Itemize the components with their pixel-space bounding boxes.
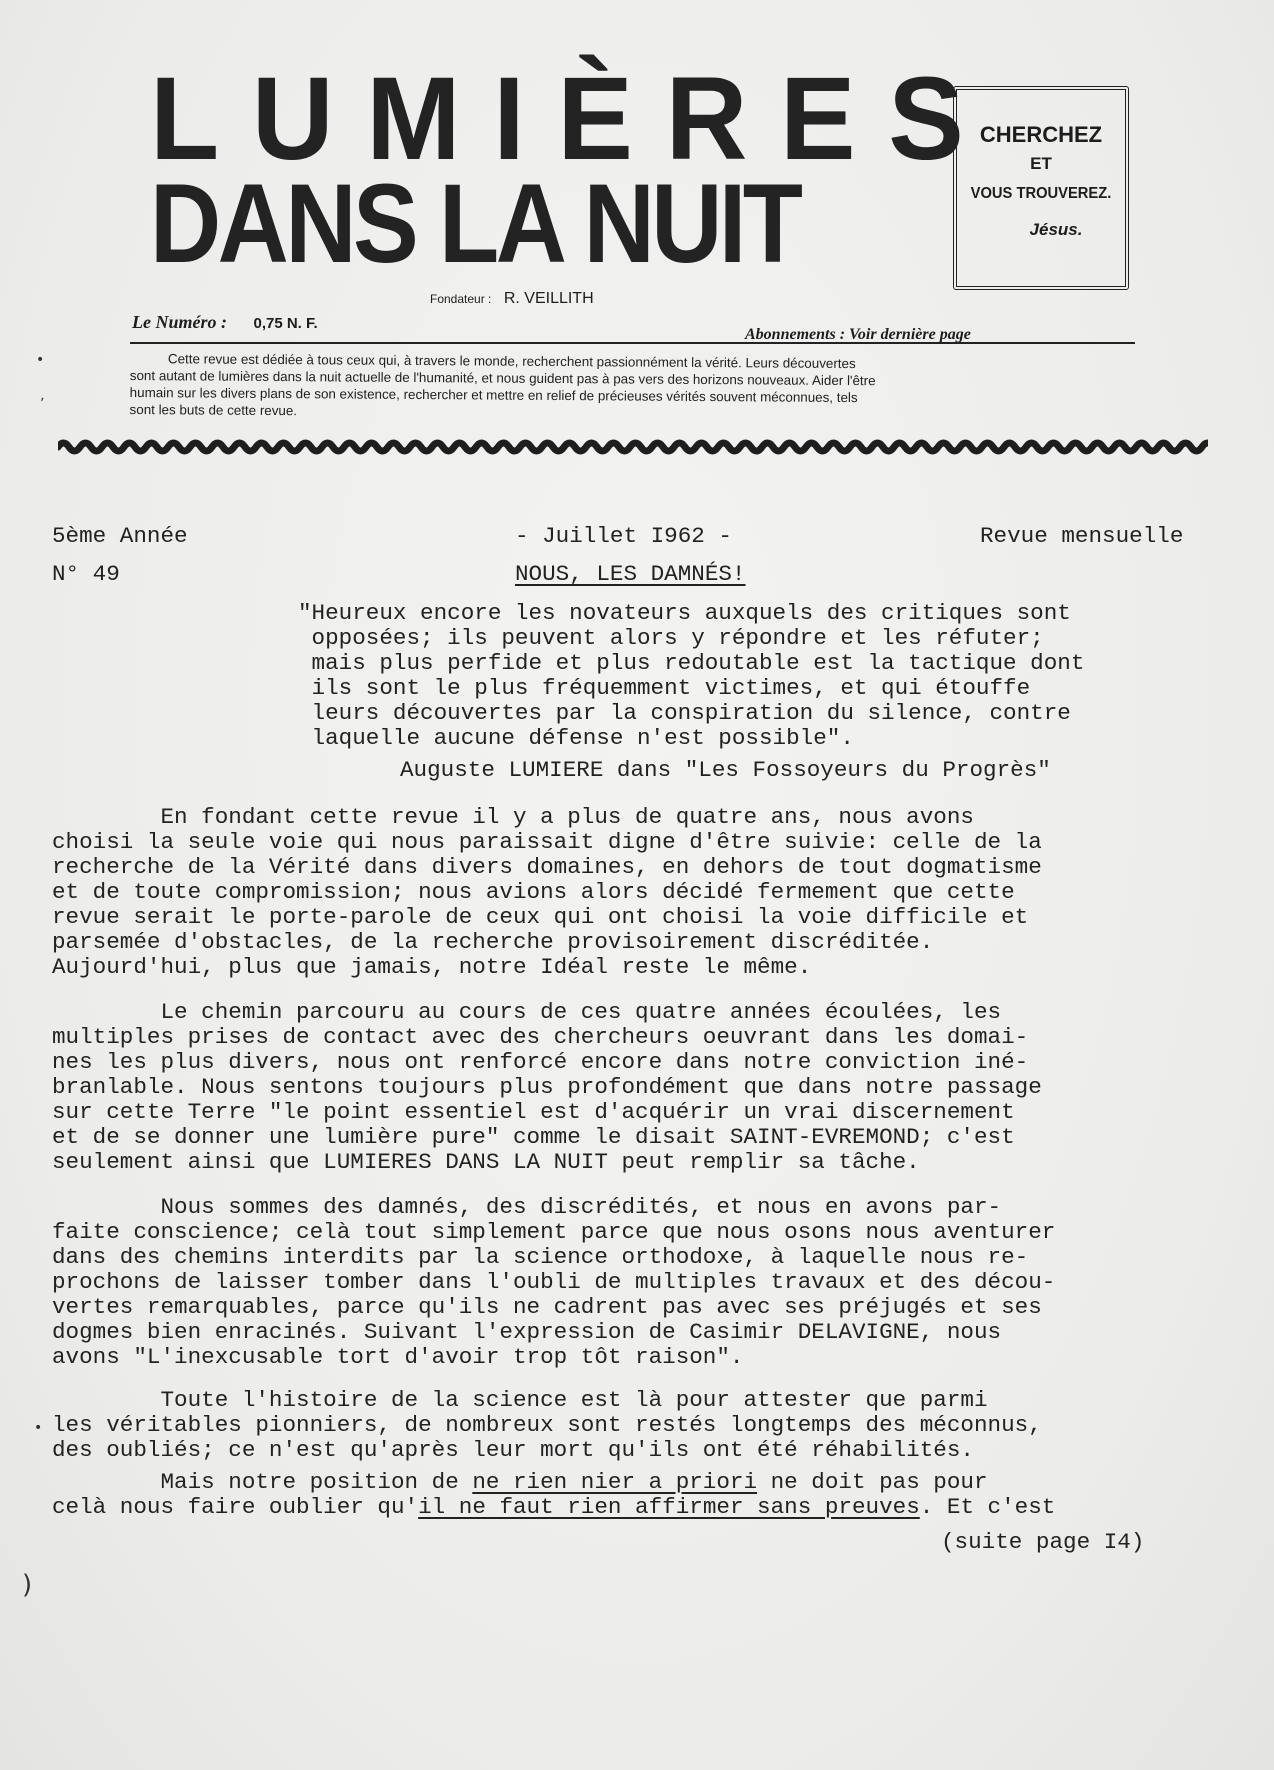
motto-line3: VOUS TROUVEREZ. <box>964 185 1119 203</box>
issue-date: - Juillet I962 - <box>515 524 732 549</box>
text-run: celà nous faire oublier qu' <box>52 1494 418 1520</box>
issue-periodicity: Revue mensuelle <box>980 524 1183 549</box>
document-page: LUMIÈRES DANS LA NUIT CHERCHEZ ET VOUS T… <box>0 0 1274 1770</box>
masthead-rule <box>130 342 1135 344</box>
epigraph: "Heureux encore les novateurs auxquels d… <box>298 601 1084 751</box>
continuation-note: (suite page I4) <box>941 1530 1144 1555</box>
article-paragraph: Nous sommes des damnés, des discrédités,… <box>52 1195 1055 1370</box>
wavy-divider <box>58 436 1208 458</box>
scan-speck: • <box>34 1420 42 1436</box>
motto-attribution: Jésus. <box>987 220 1125 240</box>
text-run: ne doit pas pour <box>757 1469 988 1495</box>
article-paragraph-last: Mais notre position de ne rien nier a pr… <box>52 1470 1055 1520</box>
price-value: 0,75 N. F. <box>253 315 317 332</box>
price-label: Le Numéro : <box>132 312 227 332</box>
article-paragraph: Toute l'histoire de la science est là po… <box>52 1388 1042 1463</box>
scan-speck: ʼ <box>40 396 44 412</box>
article-paragraph: En fondant cette revue il y a plus de qu… <box>52 805 1042 980</box>
underlined-phrase: ne rien nier a priori <box>472 1469 757 1495</box>
epigraph-source: Auguste LUMIERE dans "Les Fossoyeurs du … <box>400 758 1051 783</box>
founder-label: Fondateur : <box>430 292 491 306</box>
text-run: . Et c'est <box>920 1494 1056 1520</box>
motto-line1: CHERCHEZ <box>957 122 1125 148</box>
price-info: Le Numéro : 0,75 N. F. <box>132 312 318 333</box>
issue-year: 5ème Année <box>52 524 188 549</box>
motto-box: CHERCHEZ ET VOUS TROUVEREZ. Jésus. <box>953 86 1129 290</box>
article-title: NOUS, LES DAMNÉS! <box>515 562 746 587</box>
scan-speck: ) <box>22 1570 32 1600</box>
article-paragraph: Le chemin parcouru au cours de ces quatr… <box>52 1000 1042 1175</box>
issue-number: N° 49 <box>52 562 120 587</box>
text-run: Mais notre position de <box>52 1469 472 1495</box>
founder-credit: Fondateur : R. VEILLITH <box>430 290 594 308</box>
masthead-title-line2: DANS LA NUIT <box>150 168 799 280</box>
underlined-phrase: il ne faut rien affirmer sans preuves <box>418 1494 920 1520</box>
motto-line2: ET <box>957 154 1125 174</box>
founder-name: R. VEILLITH <box>504 290 594 307</box>
scan-speck: • <box>36 352 44 368</box>
dedication-text: Cette revue est dédiée à tous ceux qui, … <box>130 350 1135 425</box>
